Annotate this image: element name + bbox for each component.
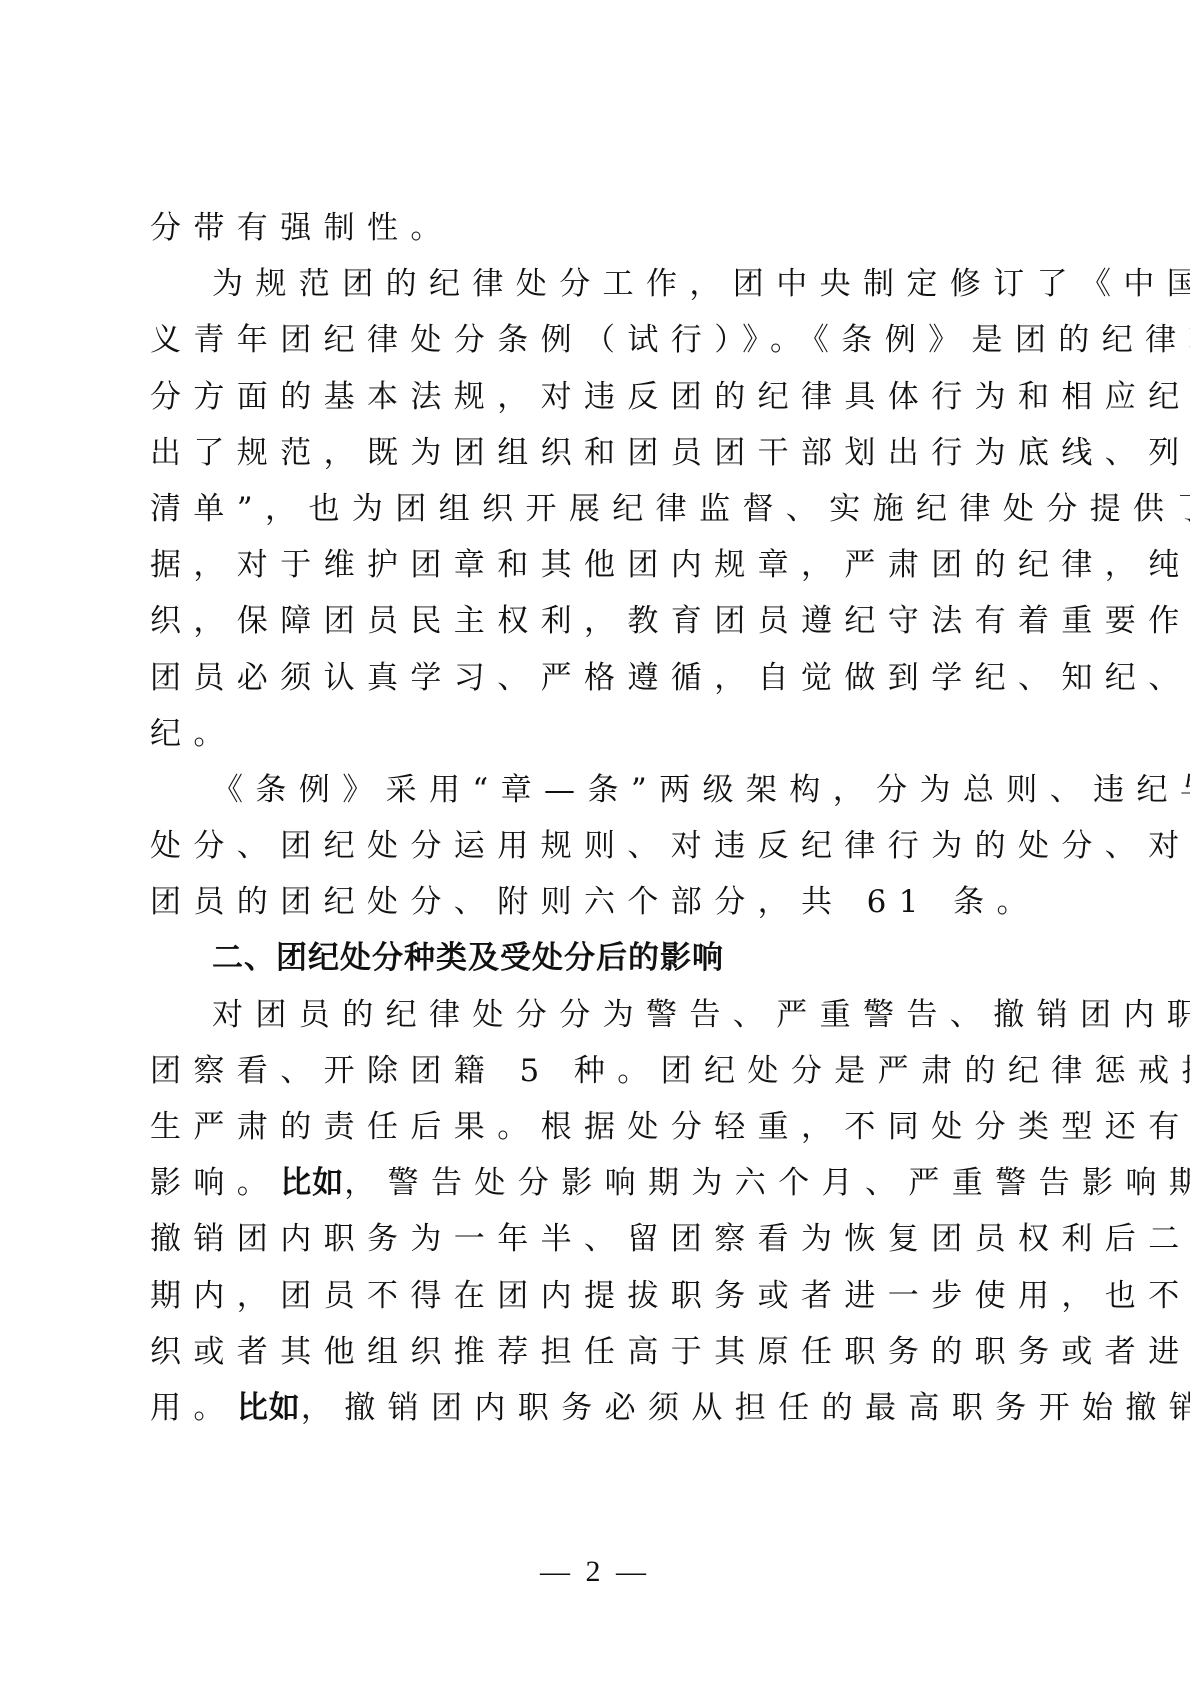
text-line: 处分、团纪处分运用规则、对违反纪律行为的处分、对违法犯罪 [150,818,1040,874]
document-body: 分带有强制性。 为规范团的纪律处分工作，团中央制定修订了《中国共产主 义青年团纪… [150,200,1040,1436]
text-segment: ，撤销团内职务必须从担任的最高职务开始撤销，应当 [301,1390,1190,1426]
text-line-with-emphasis: 影响。比如，警告处分影响期为六个月、严重警告影响期为一年、 [150,1155,1040,1211]
text-line: 团察看、开除团籍 5 种。团纪处分是严肃的纪律惩戒措施，会产 [150,1043,1040,1099]
text-line: 织或者其他组织推荐担任高于其原任职务的职务或者进一步使 [150,1324,1040,1380]
text-line: 生严肃的责任后果。根据处分轻重，不同处分类型还有其他不同 [150,1099,1040,1155]
text-line: 《条例》采用“章—条”两级架构，分为总则、违纪与纪律 [150,762,1040,818]
text-line: 团员的团纪处分、附则六个部分，共 61 条。 [150,874,1040,930]
text-line: 织，保障团员民主权利，教育团员遵纪守法有着重要作用。广大 [150,593,1040,649]
text-line: 分带有强制性。 [150,200,1040,256]
text-segment: ，警告处分影响期为六个月、严重警告影响期为一年、 [344,1165,1190,1201]
text-line: 撤销团内职务为一年半、留团察看为恢复团员权利后二年。影响 [150,1211,1040,1267]
text-segment: 用。 [150,1390,237,1426]
page-number: — 2 — [0,1552,1190,1592]
text-line-with-emphasis: 用。比如，撤销团内职务必须从担任的最高职务开始撤销，应当 [150,1380,1040,1436]
section-heading: 二、团纪处分种类及受处分后的影响 [150,930,1040,986]
text-line: 期内，团员不得在团内提拔职务或者进一步使用，也不得向党组 [150,1268,1040,1324]
emphasis-text: 比如 [280,1165,344,1201]
text-line: 清单”，也为团组织开展纪律监督、实施纪律处分提供了基本依 [150,481,1040,537]
text-line: 对团员的纪律处分分为警告、严重警告、撤销团内职务、留 [150,987,1040,1043]
text-line: 义青年团纪律处分条例（试行）》。《条例》是团的纪律和纪律处 [150,312,1040,368]
text-segment: 影响。 [150,1165,280,1201]
text-line: 出了规范，既为团组织和团员团干部划出行为底线、列出“负面 [150,425,1040,481]
text-line: 团员必须认真学习、严格遵循，自觉做到学纪、知纪、明纪、守 [150,650,1040,706]
emphasis-text: 比如 [237,1390,301,1426]
text-line: 纪。 [150,706,1040,762]
text-line: 分方面的基本法规，对违反团的纪律具体行为和相应纪律处分作 [150,369,1040,425]
text-line: 为规范团的纪律处分工作，团中央制定修订了《中国共产主 [150,256,1040,312]
text-line: 据，对于维护团章和其他团内规章，严肃团的纪律，纯洁团的组 [150,537,1040,593]
